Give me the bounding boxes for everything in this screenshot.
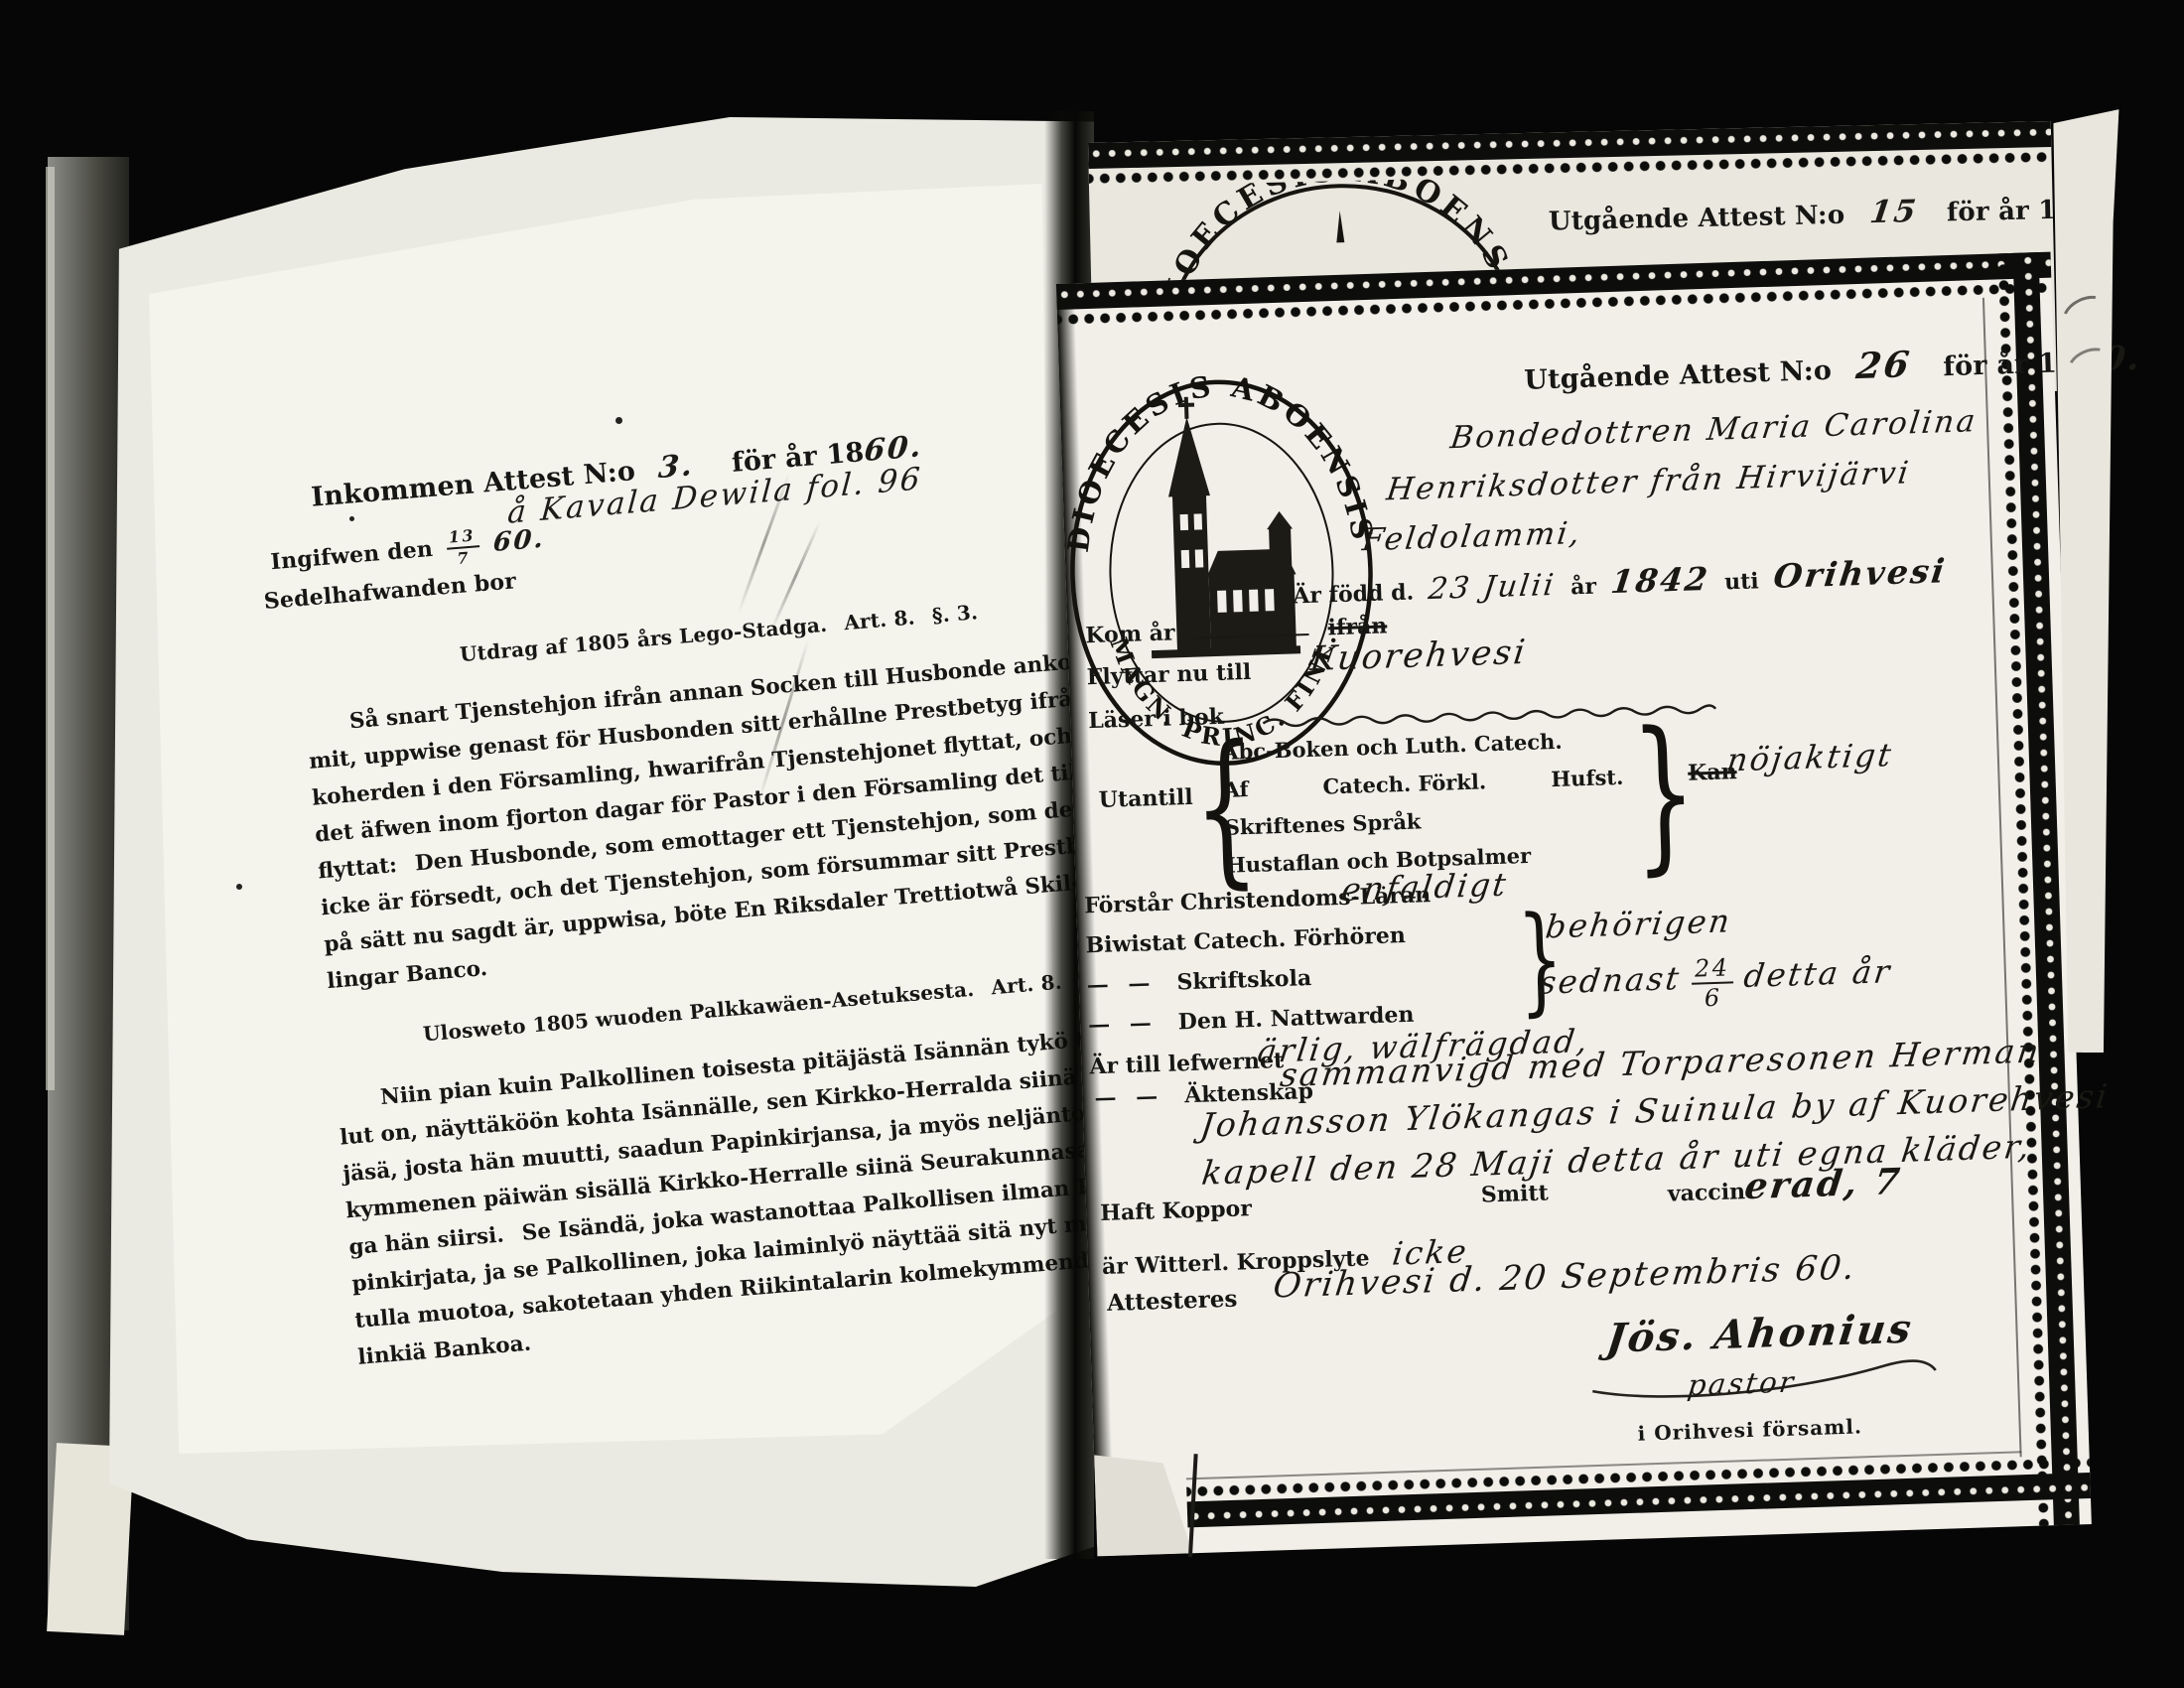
microfilm-scan-frame: Inkommen Attest N:o 3. för år 1860. Ingi…	[0, 0, 2184, 1688]
kom-ar-blank	[1193, 614, 1309, 639]
lefwernet-label: Är till lefwernet	[1089, 1048, 1284, 1079]
birth-year: 1842	[1609, 560, 1712, 601]
under-cert-title: Utgående Attest N:o	[1549, 201, 1845, 237]
swedish-extract-paragraph: Så snart Tjenstehjon ifrån annan Socken …	[305, 643, 1101, 1000]
received-date-fraction: 137	[445, 527, 480, 567]
under-cert-top-border	[1088, 121, 2052, 187]
cert-corner-fold	[1094, 1452, 1192, 1556]
utantill-label: Utantill	[1098, 784, 1193, 813]
skriftskola-label: Skriftskola	[1176, 965, 1311, 995]
seal-spire-tip-icon	[1336, 211, 1345, 242]
cert-year-prefix: för år 18	[1943, 348, 2077, 382]
birth-row: Är född d. 23 Julii år 1842 uti Orihvesi	[1293, 551, 1948, 611]
cert-title: Utgående Attest N:o	[1524, 355, 1833, 396]
flyttar-label: Flyttar nu till	[1086, 659, 1251, 690]
skriftskola-row: — — Skriftskola	[1086, 965, 1311, 998]
nattwarden-value-post: detta år	[1741, 952, 1893, 995]
cert-heading: Utgående Attest N:o 26 för år 1860.	[1524, 337, 2143, 398]
ditto-dashes: — —	[1088, 1010, 1158, 1038]
smitt-label: Smitt	[1480, 1180, 1549, 1207]
flyttar-value: Kuorehvesi	[1308, 633, 1530, 679]
finnish-extract-paragraph: Niin pian kuin Palkollinen toisesta pitä…	[336, 1020, 1132, 1376]
biwistat-label: Biwistat Catech. Förhören	[1085, 922, 1406, 958]
under-cert-heading: Utgående Attest N:o 15 för år 1860	[1548, 189, 2056, 237]
signature-parish: i Orihvesi församl.	[1637, 1414, 1862, 1445]
received-label: Ingifwen den	[270, 536, 434, 575]
flyttar-row: Flyttar nu till	[1086, 659, 1251, 690]
person-line-2: Henriksdotter från Hirvijärvi	[1385, 455, 1913, 507]
utantill-row3: Skriftenes Språk	[1224, 808, 1421, 839]
birth-date: 23 Julii	[1427, 568, 1558, 607]
under-cert-number: 15	[1867, 194, 1920, 230]
svg-text:DIOECESIS ABOENSIS: DIOECESIS ABOENSIS	[1055, 363, 1380, 555]
kom-ar-label: Kom år	[1085, 620, 1175, 648]
signature-title: pastor	[1686, 1364, 1798, 1402]
nattwarden-value-pre: sednast	[1538, 958, 1684, 1001]
nattwarden-value: sednast 246 detta år	[1539, 950, 1892, 1015]
cert-number: 26	[1854, 344, 1914, 387]
seal-arc-top-text: DIOECESIS ABOENSIS	[1055, 363, 1380, 555]
vaccin-value: erad, 7	[1742, 1161, 1904, 1207]
skriftskola-value: behörigen	[1544, 902, 1734, 945]
utantill-close-brace: }	[1630, 709, 1700, 878]
ditto-dashes: — —	[1094, 1083, 1163, 1111]
person-line-3: Feldolammi,	[1360, 515, 1583, 558]
nattwarden-date-fraction: 246	[1692, 955, 1734, 1010]
vaccin-label: vaccin	[1667, 1179, 1745, 1207]
person-line-1: Bondedottren Maria Carolina	[1448, 403, 1979, 456]
under-cert-year-prefix: för år 18	[1947, 195, 2057, 227]
birth-place: Orihvesi	[1771, 551, 1949, 596]
ditto-dashes: — —	[1086, 970, 1156, 998]
paper-speck	[236, 884, 242, 890]
utantill-value: nöjaktigt	[1724, 736, 1895, 779]
koppor-label: Haft Koppor	[1100, 1196, 1252, 1226]
birth-place-label: uti	[1724, 568, 1759, 595]
birth-label: Är född d.	[1293, 580, 1415, 610]
birth-year-label: år	[1570, 574, 1597, 601]
utantill-row2c: Hufst.	[1551, 765, 1624, 791]
forstar-value: enfaldigt	[1339, 866, 1510, 910]
vaccin-row: vaccinerad, 7	[1667, 1161, 1902, 1210]
main-certificate: DIOECESIS ABOENSIS MAGN. PRINC. FINL.	[1056, 252, 2092, 1557]
utantill-row2a: Af	[1223, 776, 1249, 802]
cert-bottom-border	[1186, 1455, 2091, 1527]
book-edge-highlight	[46, 167, 55, 1090]
left-page-content: Inkommen Attest N:o 3. för år 1860. Ingi…	[233, 352, 1178, 1452]
attest-label: Attesteres	[1107, 1286, 1238, 1317]
utantill-row2b: Catech. Förkl.	[1322, 769, 1486, 798]
